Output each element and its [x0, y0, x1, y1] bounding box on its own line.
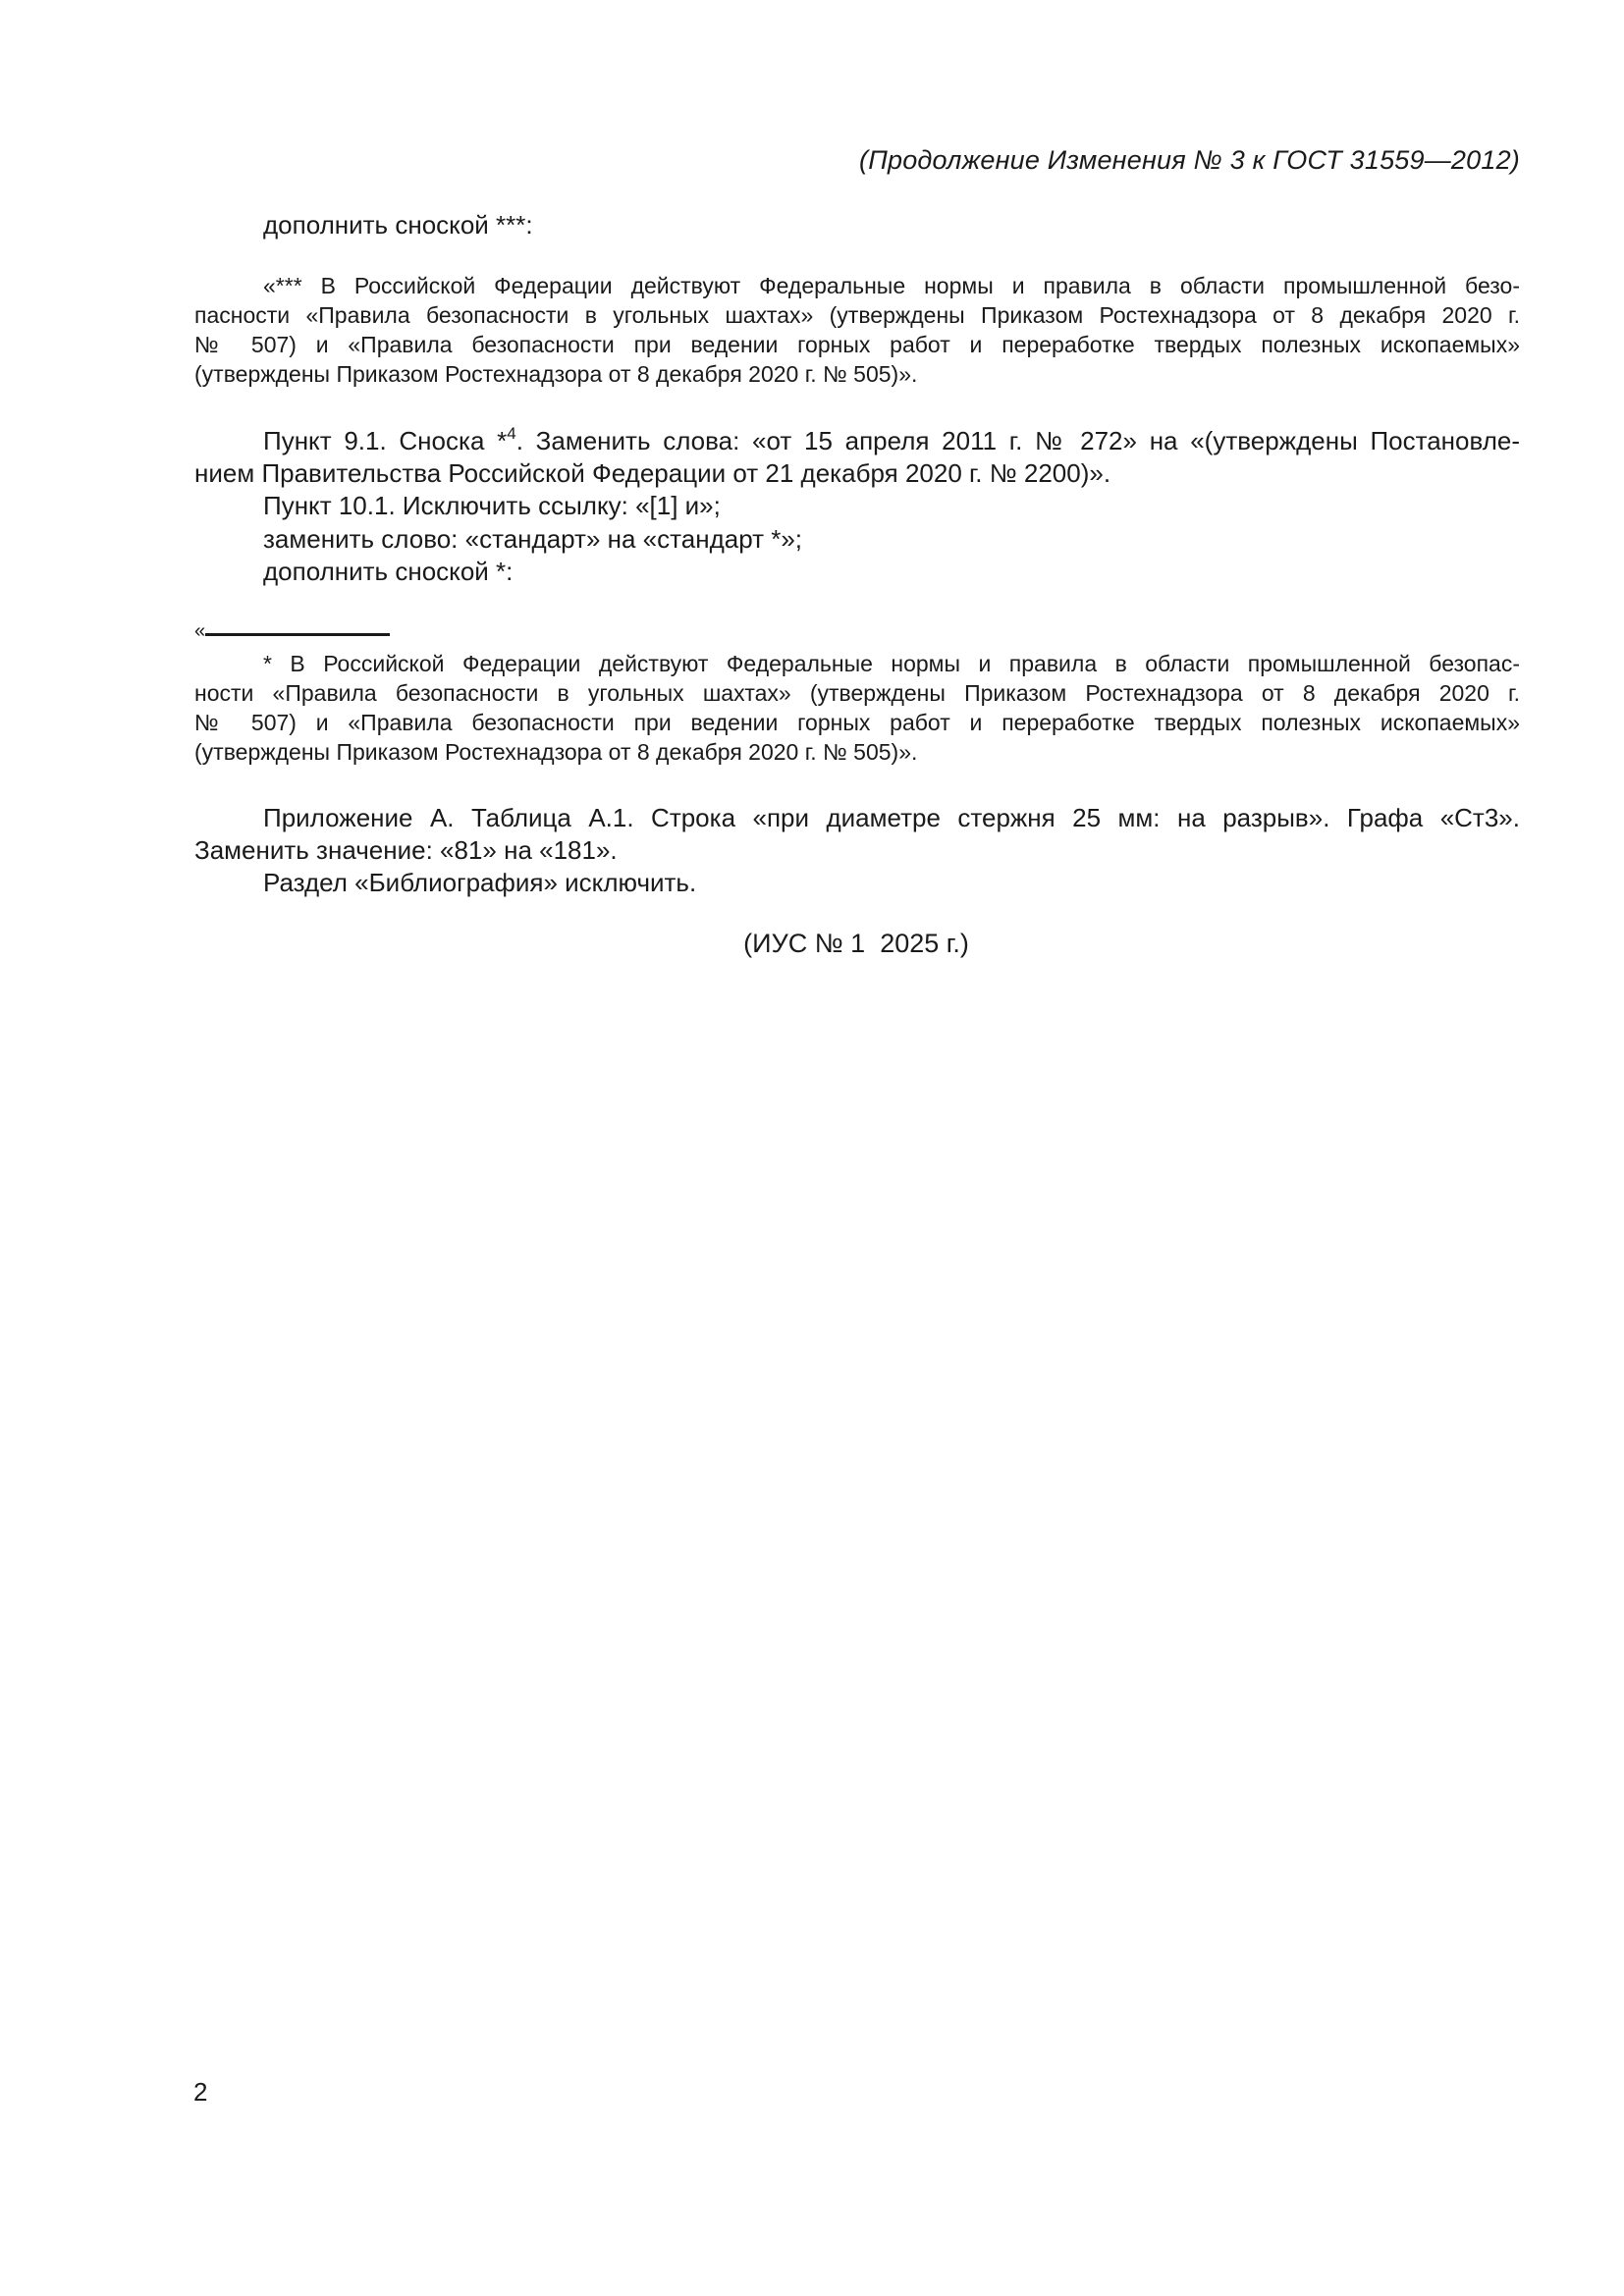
appendix-a-line-2: Заменить значение: «81» на «181».	[194, 837, 1520, 863]
running-head: (Продолжение Изменения № 3 к ГОСТ 31559—…	[859, 145, 1520, 176]
footnote-3star-line-1: «*** В Российской Федерации действуют Фе…	[263, 275, 1520, 297]
footnote-separator-quote: «	[194, 621, 205, 641]
footnote-star-line-4: (утверждены Приказом Ростехнадзора от 8 …	[194, 741, 1520, 764]
clause-9-1-text-b: . Заменить слова: «от 15 апреля 2011 г. …	[516, 426, 1520, 455]
ius-reference: (ИУС № 1 2025 г.)	[0, 931, 1624, 957]
clause-10-1-line: Пункт 10.1. Исключить ссылку: «[1] и»;	[263, 493, 1520, 518]
page-number: 2	[193, 2079, 207, 2105]
bibliography-removal-line: Раздел «Библиография» исключить.	[263, 870, 1520, 895]
footnote-3star-line-3: № 507) и «Правила безопасности при веден…	[194, 334, 1520, 356]
footnote-star-line-2: ности «Правила безопасности в угольных ш…	[194, 682, 1520, 705]
instruction-add-footnote-star: дополнить сноской *:	[263, 559, 1520, 584]
appendix-a-line-1: Приложение А. Таблица А.1. Строка «при д…	[263, 805, 1520, 830]
document-page: (Продолжение Изменения № 3 к ГОСТ 31559—…	[0, 0, 1624, 2296]
instruction-add-footnote-3star: дополнить сноской ***:	[263, 212, 1520, 238]
clause-9-1-line-2: нием Правительства Российской Федерации …	[194, 460, 1520, 486]
clause-9-1-line-1: Пункт 9.1. Сноска *4. Заменить слова: «о…	[263, 428, 1520, 454]
clause-9-1-text-a: Пункт 9.1. Сноска *	[263, 426, 507, 455]
footnote-3star-line-4: (утверждены Приказом Ростехнадзора от 8 …	[194, 363, 1520, 386]
footnote-star-line-1: * В Российской Федерации действуют Федер…	[263, 653, 1520, 675]
footnote-3star-line-2: пасности «Правила безопасности в угольны…	[194, 304, 1520, 327]
footnote-separator-rule	[205, 633, 390, 636]
footnote-star-line-3: № 507) и «Правила безопасности при веден…	[194, 712, 1520, 734]
footnote-ref-superscript: 4	[507, 424, 515, 443]
replace-word-line: заменить слово: «стандарт» на «стандарт …	[263, 526, 1520, 552]
